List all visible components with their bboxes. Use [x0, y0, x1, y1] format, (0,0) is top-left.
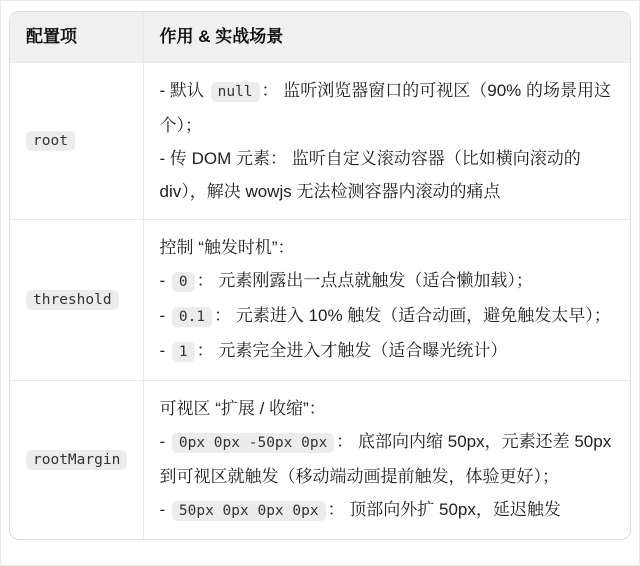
header-config-item: 配置项 [10, 12, 143, 63]
option-code: root [26, 131, 75, 151]
screenshot-frame: 配置项 作用 & 实战场景 root - 默认 null： 监听浏览器窗口的可视… [0, 0, 640, 566]
option-code: rootMargin [26, 450, 127, 470]
header-effect-scenarios: 作用 & 实战场景 [143, 12, 630, 63]
config-table: 配置项 作用 & 实战场景 root - 默认 null： 监听浏览器窗口的可视… [10, 12, 630, 539]
description-paragraph: 可视区 “扩展 / 收缩”： [160, 392, 613, 425]
description-paragraph: 控制 “触发时机”： [160, 231, 613, 264]
description-paragraph: - 0： 元素刚露出一点点就触发（适合懒加载）； [160, 264, 613, 299]
option-cell: threshold [10, 220, 143, 381]
config-table-card: 配置项 作用 & 实战场景 root - 默认 null： 监听浏览器窗口的可视… [9, 11, 631, 540]
inline-code: 0px 0px -50px 0px [172, 433, 334, 453]
row-description: - 默认 null： 监听浏览器窗口的可视区（90% 的场景用这个）；- 传 D… [143, 63, 630, 220]
inline-code: 50px 0px 0px 0px [172, 501, 326, 521]
table-row: rootMargin 可视区 “扩展 / 收缩”：- 0px 0px -50px… [10, 381, 630, 540]
option-code: threshold [26, 290, 119, 310]
description-paragraph: - 默认 null： 监听浏览器窗口的可视区（90% 的场景用这个）； [160, 74, 613, 142]
description-paragraph: - 1： 元素完全进入才触发（适合曝光统计） [160, 334, 613, 369]
inline-code: 0.1 [172, 307, 212, 327]
inline-code: 0 [172, 272, 195, 292]
table-header-row: 配置项 作用 & 实战场景 [10, 12, 630, 63]
table-row: threshold 控制 “触发时机”：- 0： 元素刚露出一点点就触发（适合懒… [10, 220, 630, 381]
table-row: root - 默认 null： 监听浏览器窗口的可视区（90% 的场景用这个）；… [10, 63, 630, 220]
option-cell: root [10, 63, 143, 220]
inline-code: 1 [172, 342, 195, 362]
description-paragraph: - 0px 0px -50px 0px： 底部向内缩 50px，元素还差 50p… [160, 425, 613, 493]
description-paragraph: - 50px 0px 0px 0px： 顶部向外扩 50px，延迟触发 [160, 493, 613, 528]
option-cell: rootMargin [10, 381, 143, 540]
inline-code: null [211, 82, 260, 102]
description-paragraph: - 0.1： 元素进入 10% 触发（适合动画，避免触发太早）； [160, 299, 613, 334]
description-paragraph: - 传 DOM 元素： 监听自定义滚动容器（比如横向滚动的 div），解决 wo… [160, 142, 613, 208]
row-description: 可视区 “扩展 / 收缩”：- 0px 0px -50px 0px： 底部向内缩… [143, 381, 630, 540]
row-description: 控制 “触发时机”：- 0： 元素刚露出一点点就触发（适合懒加载）；- 0.1：… [143, 220, 630, 381]
